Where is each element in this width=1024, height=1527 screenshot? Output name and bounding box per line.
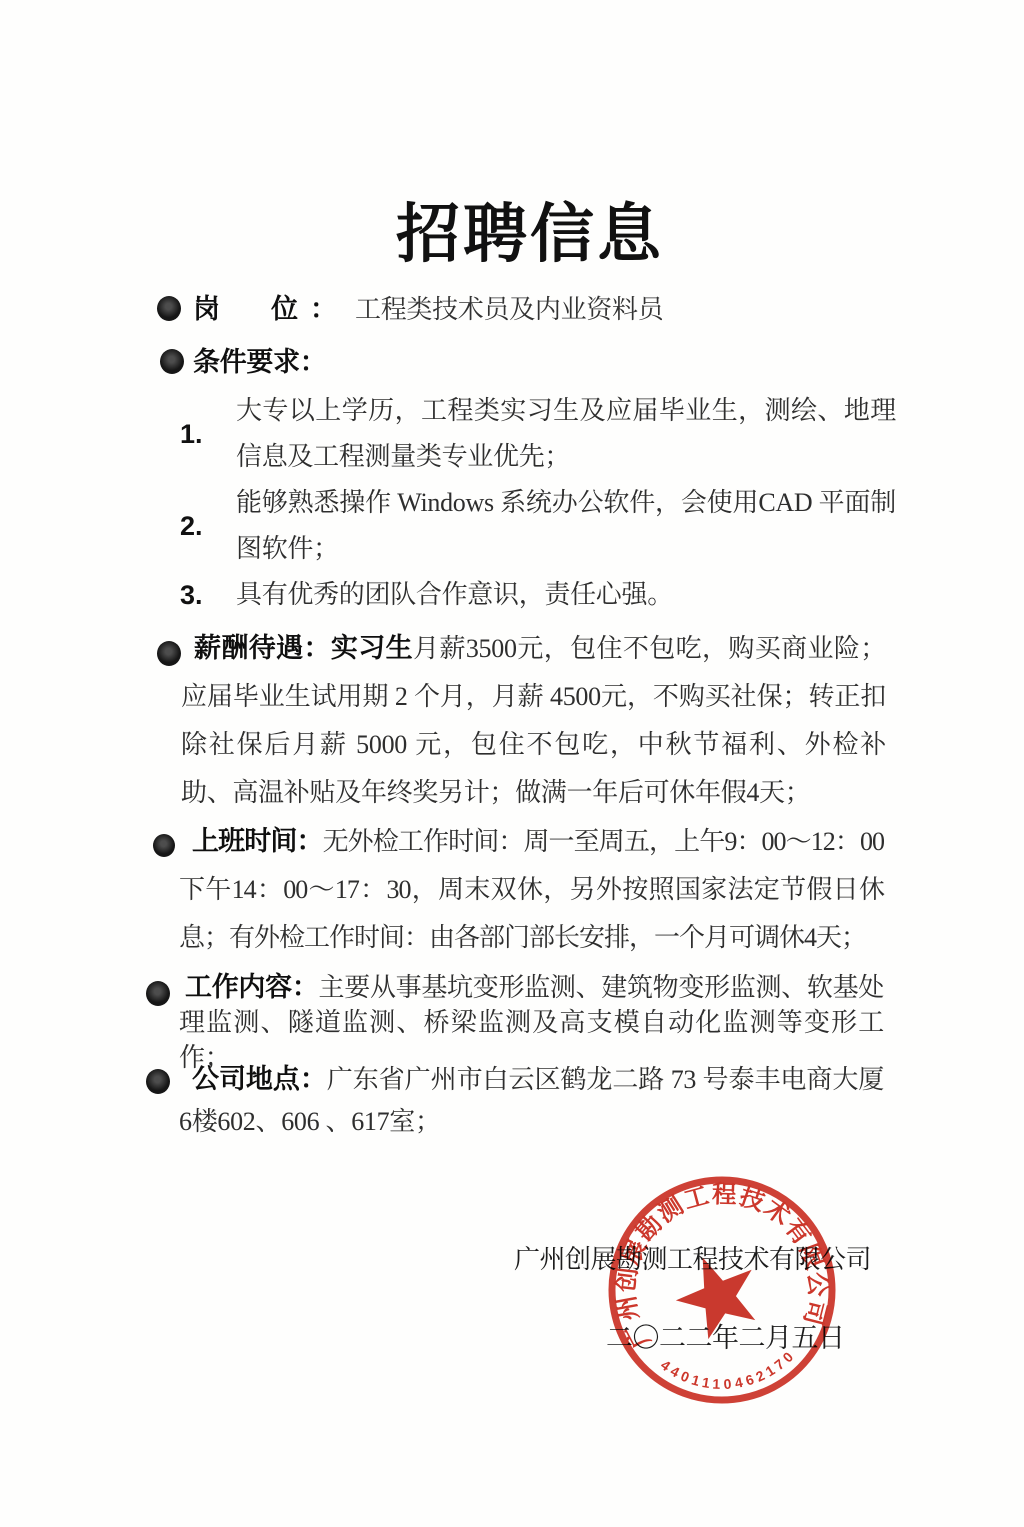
page-title: 招聘信息 [30, 183, 1024, 275]
bullet-icon [146, 1069, 170, 1094]
svg-text:广州创展勘测工程技术有限公司: 广州创展勘测工程技术有限公司 [601, 1169, 836, 1354]
seal-arc-text: 广州创展勘测工程技术有限公司 [601, 1169, 836, 1354]
content-label: 工作内容： [185, 972, 319, 1002]
section-requirements-header: 条件要求： [193, 344, 327, 381]
section-position: 岗 位：工程类技术员及内业资料员 [193, 291, 663, 328]
item-text: 大专以上学历，工程类实习生及应届毕业生，测绘、地理信息及工程测量类专业优先； [236, 388, 896, 480]
item-number: 2. [180, 511, 236, 542]
section-salary: 薪酬待遇：实习生月薪3500元，包住不包吃，购买商业险；应届毕业生试用期 2 个… [181, 624, 886, 817]
bullet-icon [146, 981, 170, 1006]
section-work-hours: 上班时间：无外检工作时间：周一至周五，上午9：00～12：00 下午14：00～… [179, 817, 884, 962]
requirement-item: 2. 能够熟悉操作 Windows 系统办公软件，会使用CAD 平面制图软件； [180, 480, 896, 572]
bullet-icon [160, 349, 184, 374]
item-text: 具有优秀的团队合作意识，责任心强。 [236, 572, 896, 618]
requirement-item: 3. 具有优秀的团队合作意识，责任心强。 [180, 572, 896, 618]
requirement-item: 1. 大专以上学历，工程类实习生及应届毕业生，测绘、地理信息及工程测量类专业优先… [180, 388, 896, 480]
company-seal-stamp: 广州创展勘测工程技术有限公司 4401110462170 [601, 1169, 843, 1411]
salary-bold-lead: 实习生 [331, 633, 413, 663]
bullet-icon [157, 296, 181, 321]
recruitment-notice-page: 招聘信息 岗 位：工程类技术员及内业资料员 条件要求： 1. 大专以上学历，工程… [0, 0, 1024, 1527]
item-text: 能够熟悉操作 Windows 系统办公软件，会使用CAD 平面制图软件； [236, 480, 896, 572]
item-number: 1. [180, 419, 236, 450]
hours-label: 上班时间： [192, 826, 323, 856]
position-value: 工程类技术员及内业资料员 [355, 295, 663, 324]
bullet-icon [157, 641, 181, 666]
salary-label: 薪酬待遇： [194, 633, 331, 663]
requirements-label: 条件要求： [193, 347, 327, 377]
requirements-list: 1. 大专以上学历，工程类实习生及应届毕业生，测绘、地理信息及工程测量类专业优先… [180, 388, 896, 618]
section-company-location: 公司地点：广东省广州市白云区鹤龙二路 73 号泰丰电商大厦6楼602、606 、… [179, 1058, 884, 1143]
seal-graphic: 广州创展勘测工程技术有限公司 4401110462170 [601, 1169, 843, 1411]
bullet-icon [153, 834, 175, 857]
item-number: 3. [180, 580, 236, 611]
location-label: 公司地点： [192, 1064, 327, 1094]
position-label: 岗 位： [193, 294, 349, 324]
seal-star-icon [665, 1242, 770, 1345]
